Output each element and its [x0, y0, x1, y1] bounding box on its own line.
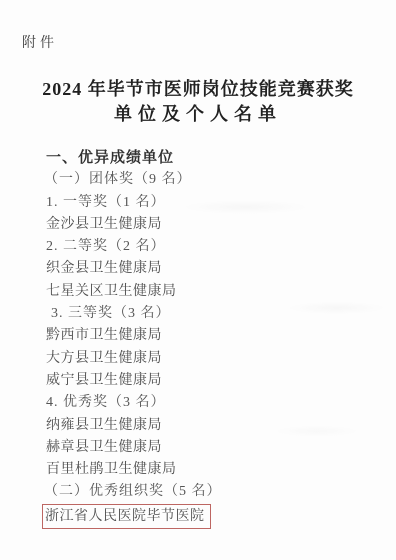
- document-body: 一、优异成绩单位 （一）团体奖（9 名） 1. 一等奖（1 名） 金沙县卫生健康…: [0, 147, 396, 531]
- unit-name: 百里杜鹃卫生健康局: [46, 459, 396, 481]
- unit-name: 黔西市卫生健康局: [46, 325, 396, 347]
- document-title-line1: 2024 年毕节市医师岗位技能竞赛获奖: [0, 77, 396, 102]
- unit-name-highlighted: 浙江省人民医院毕节医院: [45, 509, 205, 524]
- unit-name: 纳雍县卫生健康局: [46, 415, 396, 437]
- group-heading-team-awards: （一）团体奖（9 名）: [44, 169, 396, 191]
- highlighted-unit-row: 浙江省人民医院毕节医院: [46, 504, 396, 531]
- group-heading-organization-awards: （二）优秀组织奖（5 名）: [44, 481, 396, 503]
- unit-name: 赫章县卫生健康局: [46, 437, 396, 459]
- document-page: 附件 2024 年毕节市医师岗位技能竞赛获奖 单位及个人名单 一、优异成绩单位 …: [0, 0, 396, 560]
- attachment-label: 附件: [22, 35, 396, 52]
- highlight-annotation-box: 浙江省人民医院毕节医院: [42, 504, 211, 529]
- award-label-first-prize: 1. 一等奖（1 名）: [46, 192, 396, 214]
- unit-name: 威宁县卫生健康局: [46, 370, 396, 392]
- unit-name: 金沙县卫生健康局: [46, 214, 396, 236]
- document-title: 2024 年毕节市医师岗位技能竞赛获奖 单位及个人名单: [0, 77, 396, 127]
- award-label-second-prize: 2. 二等奖（2 名）: [46, 236, 396, 258]
- document-title-line2: 单位及个人名单: [0, 102, 396, 127]
- award-label-third-prize: 3. 三等奖（3 名）: [46, 303, 396, 325]
- unit-name: 大方县卫生健康局: [46, 348, 396, 370]
- unit-name: 七星关区卫生健康局: [46, 281, 396, 303]
- award-label-merit-prize: 4. 优秀奖（3 名）: [46, 392, 396, 414]
- unit-name: 织金县卫生健康局: [46, 258, 396, 280]
- section-heading-excellent-units: 一、优异成绩单位: [46, 147, 396, 169]
